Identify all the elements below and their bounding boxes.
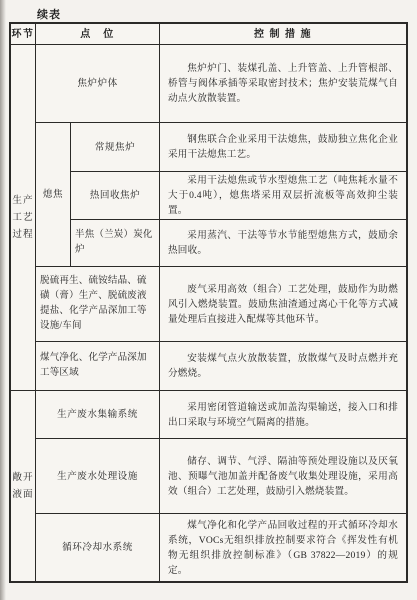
measure-semi-coke-carbonization-furnace: 采用蒸汽、干法等节水节能型熄焦方式，鼓励余热回收。 [160,220,406,267]
measure-heat-recovery-coke-oven: 采用干法熄焦或节水型熄焦工艺（吨焦耗水量不大于0.4吨），熄焦塔采用双层折流板等… [160,172,406,220]
header-point-column: 点 位 [36,24,160,45]
measure-circulating-cooling-water-system: 煤气净化和化学产品回收过程的开式循环冷却水系统，VOCs无组织排放控制要求符合《… [160,514,406,581]
continued-table-label: 续表 [37,6,61,22]
measure-text: 安装煤气点火放散装置，放散煤气及时点燃并充分燃烧。 [160,351,406,381]
measure-wastewater-treatment-facility: 储存、调节、气浮、隔油等预处理设施以及厌氧池、预曝气池加盖并配备废气收集处理设施… [160,439,406,514]
control-measures-table: 环节 点 位 控 制 措 施 生产工艺过程 焦炉炉体 焦炉炉门、装煤孔盖、上升管… [9,22,408,583]
point-gas-purification-area: 煤气净化、化学产品深加工等区域 [36,342,160,391]
point-circulating-cooling-water-system: 循环冷却水系统 [36,514,160,581]
point-wastewater-collection-system: 生产废水集输系统 [36,391,160,439]
measure-text: 采用干法熄焦或节水型熄焦工艺（吨焦耗水量不大于0.4吨），熄焦塔采用双层折流板等… [160,173,406,218]
measure-text: 采用密闭管道输送或加盖沟渠输送，接入口和排出口采取与环境空气隔离的措施。 [160,400,406,430]
measure-text: 采用蒸汽、干法等节水节能型熄焦方式，鼓励余热回收。 [160,228,406,258]
stage-open-liquid-surface: 敞开液面 [11,391,36,581]
measure-text: 焦炉炉门、装煤孔盖、上升管盖、上升管根部、桥管与阀体承插等采取密封技术；焦炉安装… [160,61,406,106]
point-semi-coke-carbonization-furnace: 半焦（兰炭）炭化炉 [71,220,160,267]
header-measures-column: 控 制 措 施 [160,24,406,45]
point-heat-recovery-coke-oven: 热回收焦炉 [71,172,160,220]
measure-wastewater-collection-system: 采用密闭管道输送或加盖沟渠输送，接入口和排出口采取与环境空气隔离的措施。 [160,391,406,439]
measure-coke-oven-body: 焦炉炉门、装煤孔盖、上升管盖、上升管根部、桥管与阀体承插等采取密封技术；焦炉安装… [160,45,406,123]
measure-text: 储存、调节、气浮、隔油等预处理设施以及厌氧池、预曝气池加盖并配备废气收集处理设施… [160,454,406,499]
measure-desulfurization-facilities: 废气采用高效（组合）工艺处理，鼓励作为助燃风引入燃烧装置。鼓励焦油渣通过离心干化… [160,267,406,342]
header-stage-column: 环节 [11,24,36,45]
point-wastewater-treatment-facility: 生产废水处理设施 [36,439,160,514]
group-quenching: 熄焦 [36,123,71,267]
point-desulfurization-facilities: 脱硫再生、硫铵结晶、硫磺（膏）生产、脱硫废液提盐、化学产品深加工等设施/车间 [36,267,160,342]
measure-conventional-coke-oven: 钢焦联合企业采用干法熄焦，鼓励独立焦化企业采用干法熄焦工艺。 [160,123,406,172]
point-conventional-coke-oven: 常规焦炉 [71,123,160,172]
scan-shadow [0,0,6,600]
stage-production-process: 生产工艺过程 [11,45,36,391]
point-coke-oven-body: 焦炉炉体 [36,45,160,123]
measure-gas-purification-area: 安装煤气点火放散装置，放散煤气及时点燃并充分燃烧。 [160,342,406,391]
measure-text: 钢焦联合企业采用干法熄焦，鼓励独立焦化企业采用干法熄焦工艺。 [160,132,406,162]
measure-text: 废气采用高效（组合）工艺处理，鼓励作为助燃风引入燃烧装置。鼓励焦油渣通过离心干化… [160,282,406,327]
measure-text: 煤气净化和化学产品回收过程的开式循环冷却水系统，VOCs无组织排放控制要求符合《… [160,518,406,578]
